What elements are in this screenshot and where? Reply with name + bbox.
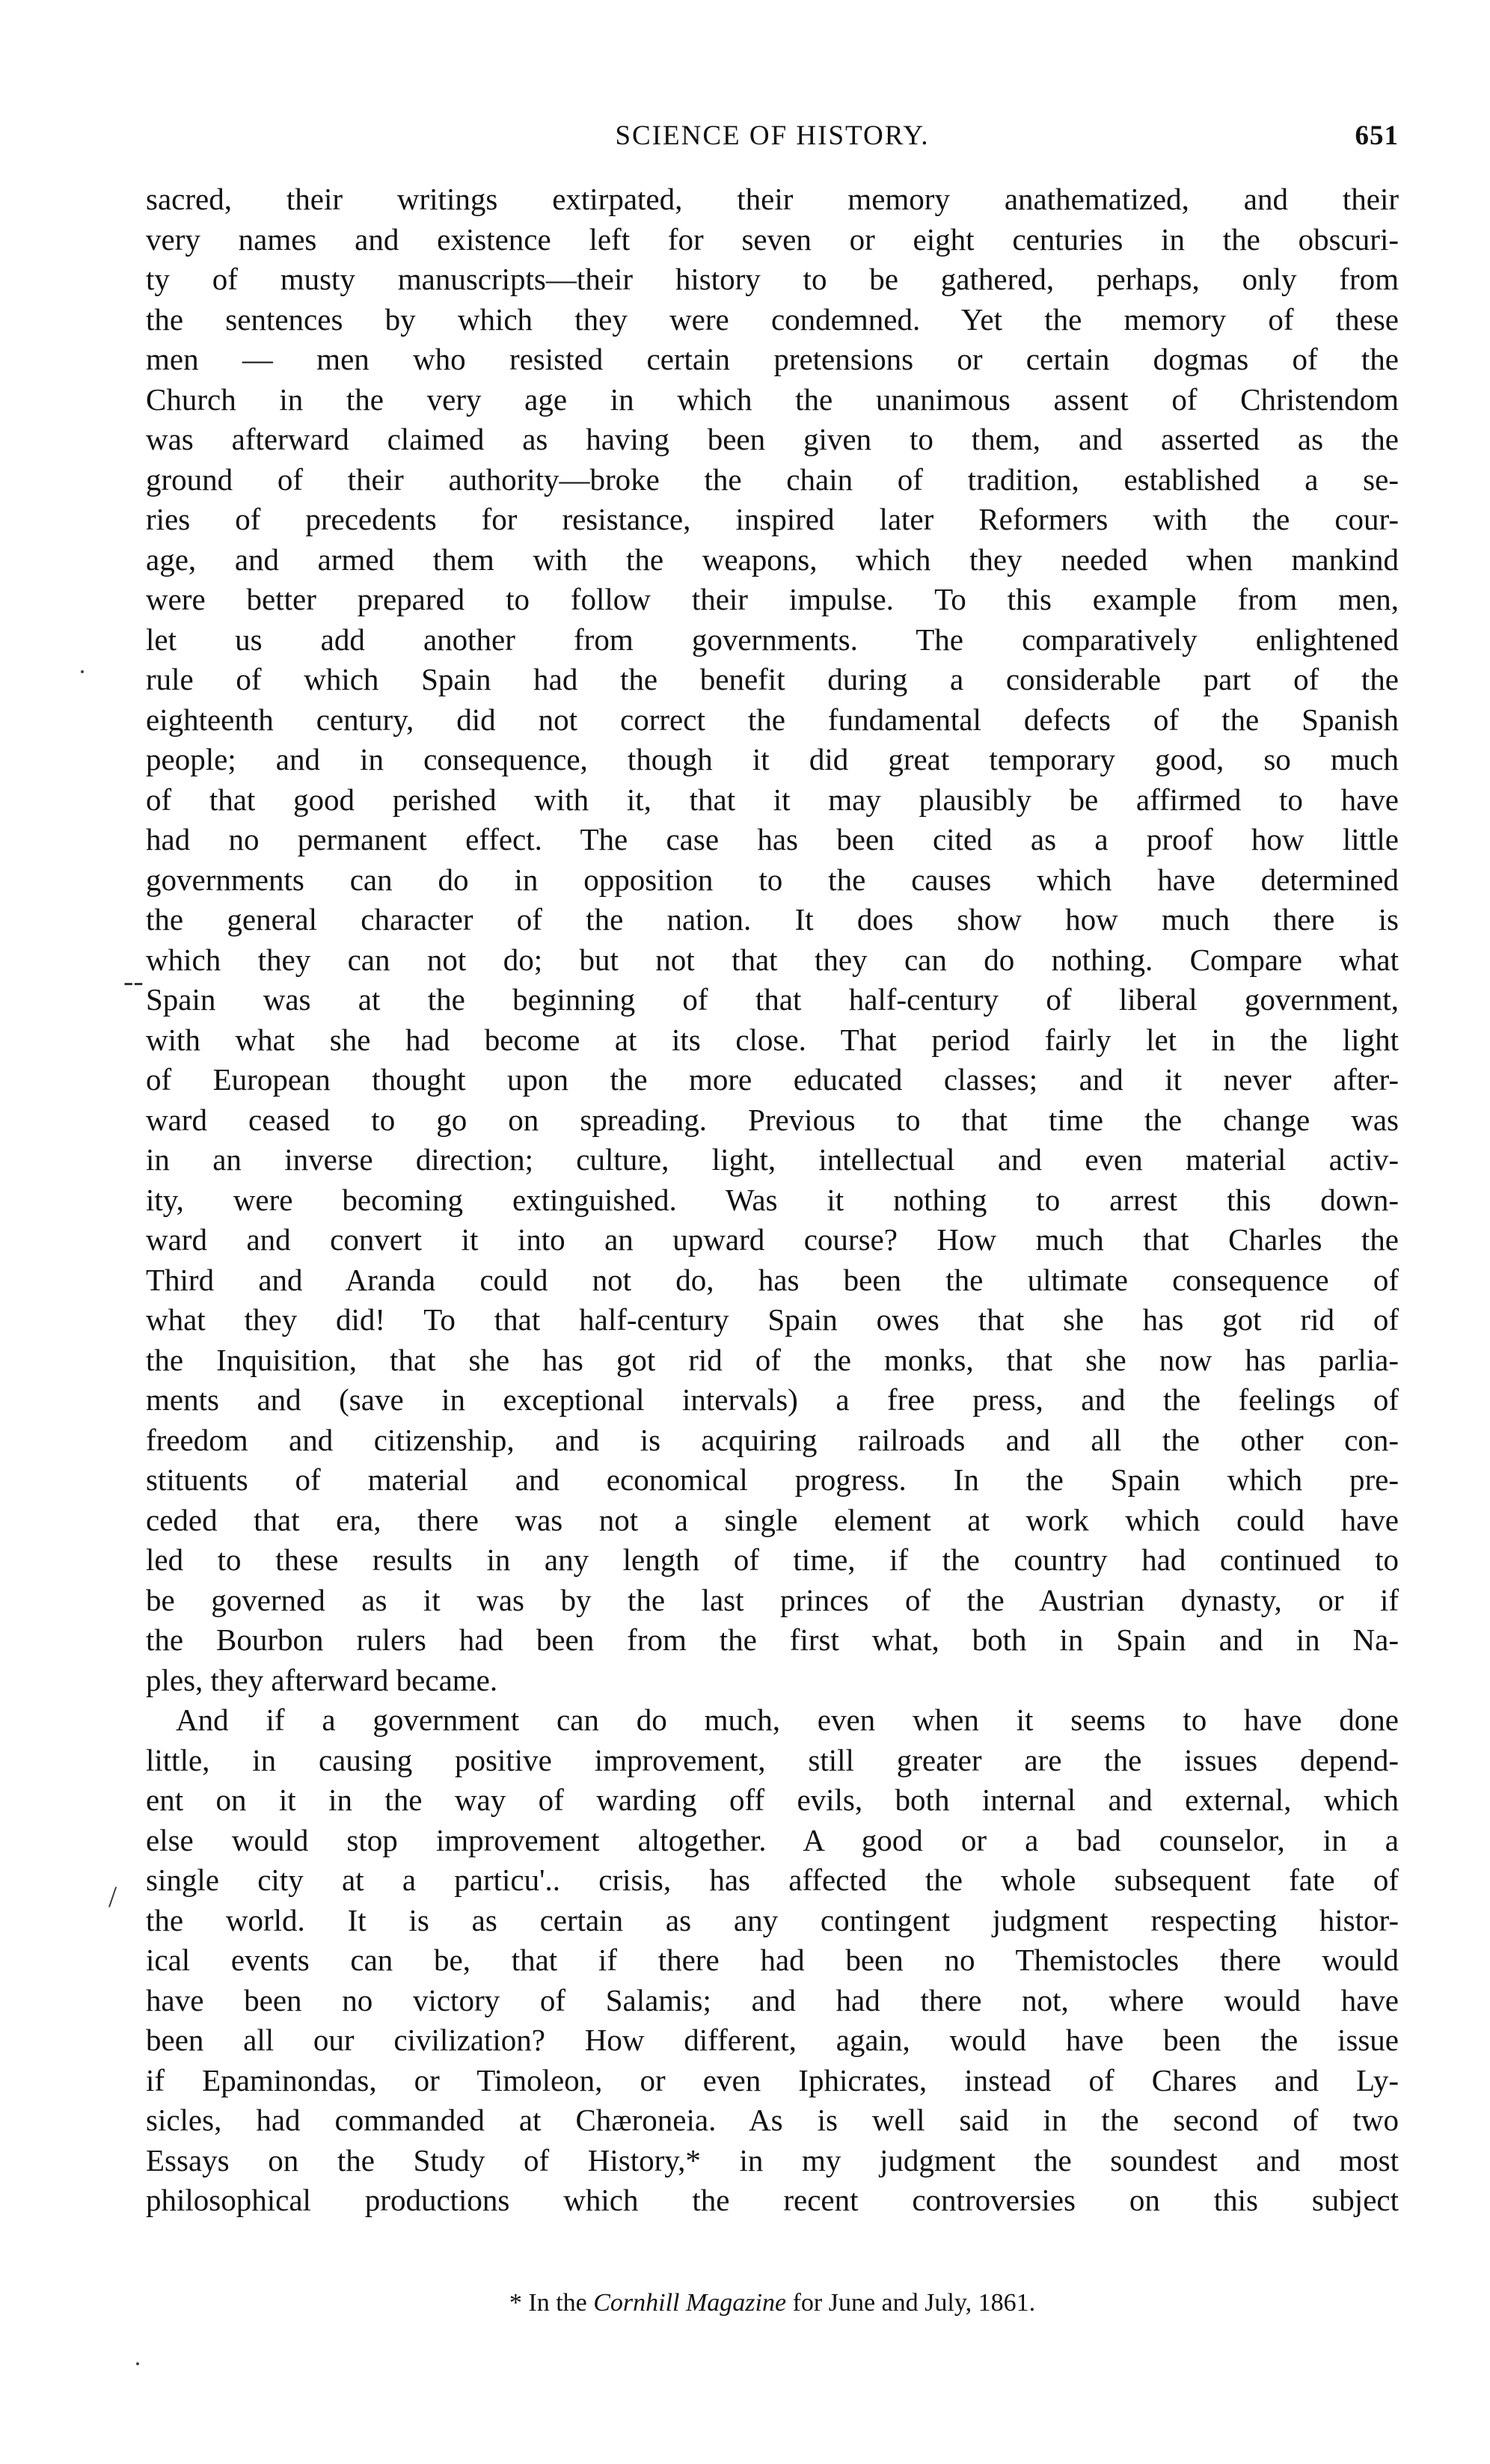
- text-line: ground of their authority—broke the chai…: [146, 460, 1399, 500]
- text-line: if Epaminondas, or Timoleon, or even Iph…: [146, 2061, 1399, 2101]
- text-line: let us add another from governments. The…: [146, 620, 1399, 661]
- margin-slash-mark: /: [108, 1879, 117, 1914]
- footnote-italic-title: Cornhill Magazine: [593, 2289, 786, 2317]
- text-line: the Inquisition, that she has got rid of…: [146, 1340, 1399, 1381]
- text-line: the sentences by which they were condemn…: [146, 300, 1399, 340]
- running-title: SCIENCE OF HISTORY.: [146, 120, 1399, 152]
- text-line: Third and Aranda could not do, has been …: [146, 1260, 1399, 1301]
- page-number: 651: [1355, 120, 1399, 152]
- text-line: freedom and citizenship, and is acquirin…: [146, 1421, 1399, 1461]
- text-line: ward and convert it into an upward cours…: [146, 1220, 1399, 1260]
- text-line: ent on it in the way of warding off evil…: [146, 1780, 1399, 1821]
- text-line: people; and in consequence, though it di…: [146, 740, 1399, 780]
- text-line: ty of musty manuscripts—their history to…: [146, 260, 1399, 300]
- text-line: was afterward claimed as having been giv…: [146, 420, 1399, 460]
- text-line: with what she had become at its close. T…: [146, 1020, 1399, 1061]
- text-line: been all our civilization? How different…: [146, 2020, 1399, 2061]
- text-line: ical events can be, that if there had be…: [146, 1940, 1399, 1981]
- text-line: little, in causing positive improvement,…: [146, 1741, 1399, 1781]
- text-line: sacred, their writings extirpated, their…: [146, 180, 1399, 220]
- text-line: ceded that era, there was not a single e…: [146, 1501, 1399, 1541]
- text-line: had no permanent effect. The case has be…: [146, 820, 1399, 860]
- text-line: eighteenth century, did not correct the …: [146, 700, 1399, 741]
- text-line: in an inverse direction; culture, light,…: [146, 1140, 1399, 1180]
- footnote: * In the Cornhill Magazine for June and …: [146, 2289, 1399, 2317]
- text-line: very names and existence left for seven …: [146, 220, 1399, 260]
- text-line: rule of which Spain had the benefit duri…: [146, 660, 1399, 700]
- text-line: have been no victory of Salamis; and had…: [146, 1981, 1399, 2021]
- margin-dot-mark: [136, 2362, 139, 2365]
- text-line: else would stop improvement altogether. …: [146, 1821, 1399, 1861]
- text-line: what they did! To that half-century Spai…: [146, 1300, 1399, 1340]
- text-line: ples, they afterward became.: [146, 1661, 1399, 1701]
- text-line: Essays on the Study of History,* in my j…: [146, 2141, 1399, 2181]
- running-head: SCIENCE OF HISTORY. 651: [146, 120, 1399, 165]
- text-line: ments and (save in exceptional intervals…: [146, 1380, 1399, 1421]
- footnote-prefix: In the: [522, 2289, 593, 2317]
- footnote-suffix: for June and July, 1861.: [786, 2289, 1035, 2317]
- body-text: sacred, their writings extirpated, their…: [146, 180, 1399, 2221]
- text-line: of European thought upon the more educat…: [146, 1060, 1399, 1100]
- text-line: Spain was at the beginning of that half-…: [146, 980, 1399, 1020]
- text-line: the general character of the nation. It …: [146, 900, 1399, 940]
- text-line: philosophical productions which the rece…: [146, 2180, 1399, 2221]
- text-line: Church in the very age in which the unan…: [146, 380, 1399, 420]
- text-line: And if a government can do much, even wh…: [146, 1700, 1399, 1741]
- text-line: ries of precedents for resistance, inspi…: [146, 500, 1399, 540]
- text-line: stituents of material and economical pro…: [146, 1460, 1399, 1501]
- margin-dash-mark: --: [123, 963, 144, 999]
- text-line: were better prepared to follow their imp…: [146, 580, 1399, 620]
- text-line: ity, were becoming extinguished. Was it …: [146, 1180, 1399, 1221]
- book-page: SCIENCE OF HISTORY. 651 sacred, their wr…: [0, 0, 1490, 2464]
- text-line: which they can not do; but not that they…: [146, 940, 1399, 981]
- margin-dot-mark: [81, 670, 84, 673]
- text-line: led to these results in any length of ti…: [146, 1540, 1399, 1581]
- text-line: ward ceased to go on spreading. Previous…: [146, 1100, 1399, 1141]
- text-line: governments can do in opposition to the …: [146, 860, 1399, 901]
- text-line: men — men who resisted certain pretensio…: [146, 340, 1399, 380]
- text-line: sicles, had commanded at Chæroneia. As i…: [146, 2100, 1399, 2141]
- text-line: age, and armed them with the weapons, wh…: [146, 540, 1399, 580]
- text-line: of that good perished with it, that it m…: [146, 780, 1399, 821]
- footnote-marker: *: [509, 2289, 522, 2317]
- text-line: be governed as it was by the last prince…: [146, 1581, 1399, 1621]
- text-line: the Bourbon rulers had been from the fir…: [146, 1620, 1399, 1661]
- text-line: single city at a particu'.. crisis, has …: [146, 1860, 1399, 1901]
- text-line: the world. It is as certain as any conti…: [146, 1901, 1399, 1941]
